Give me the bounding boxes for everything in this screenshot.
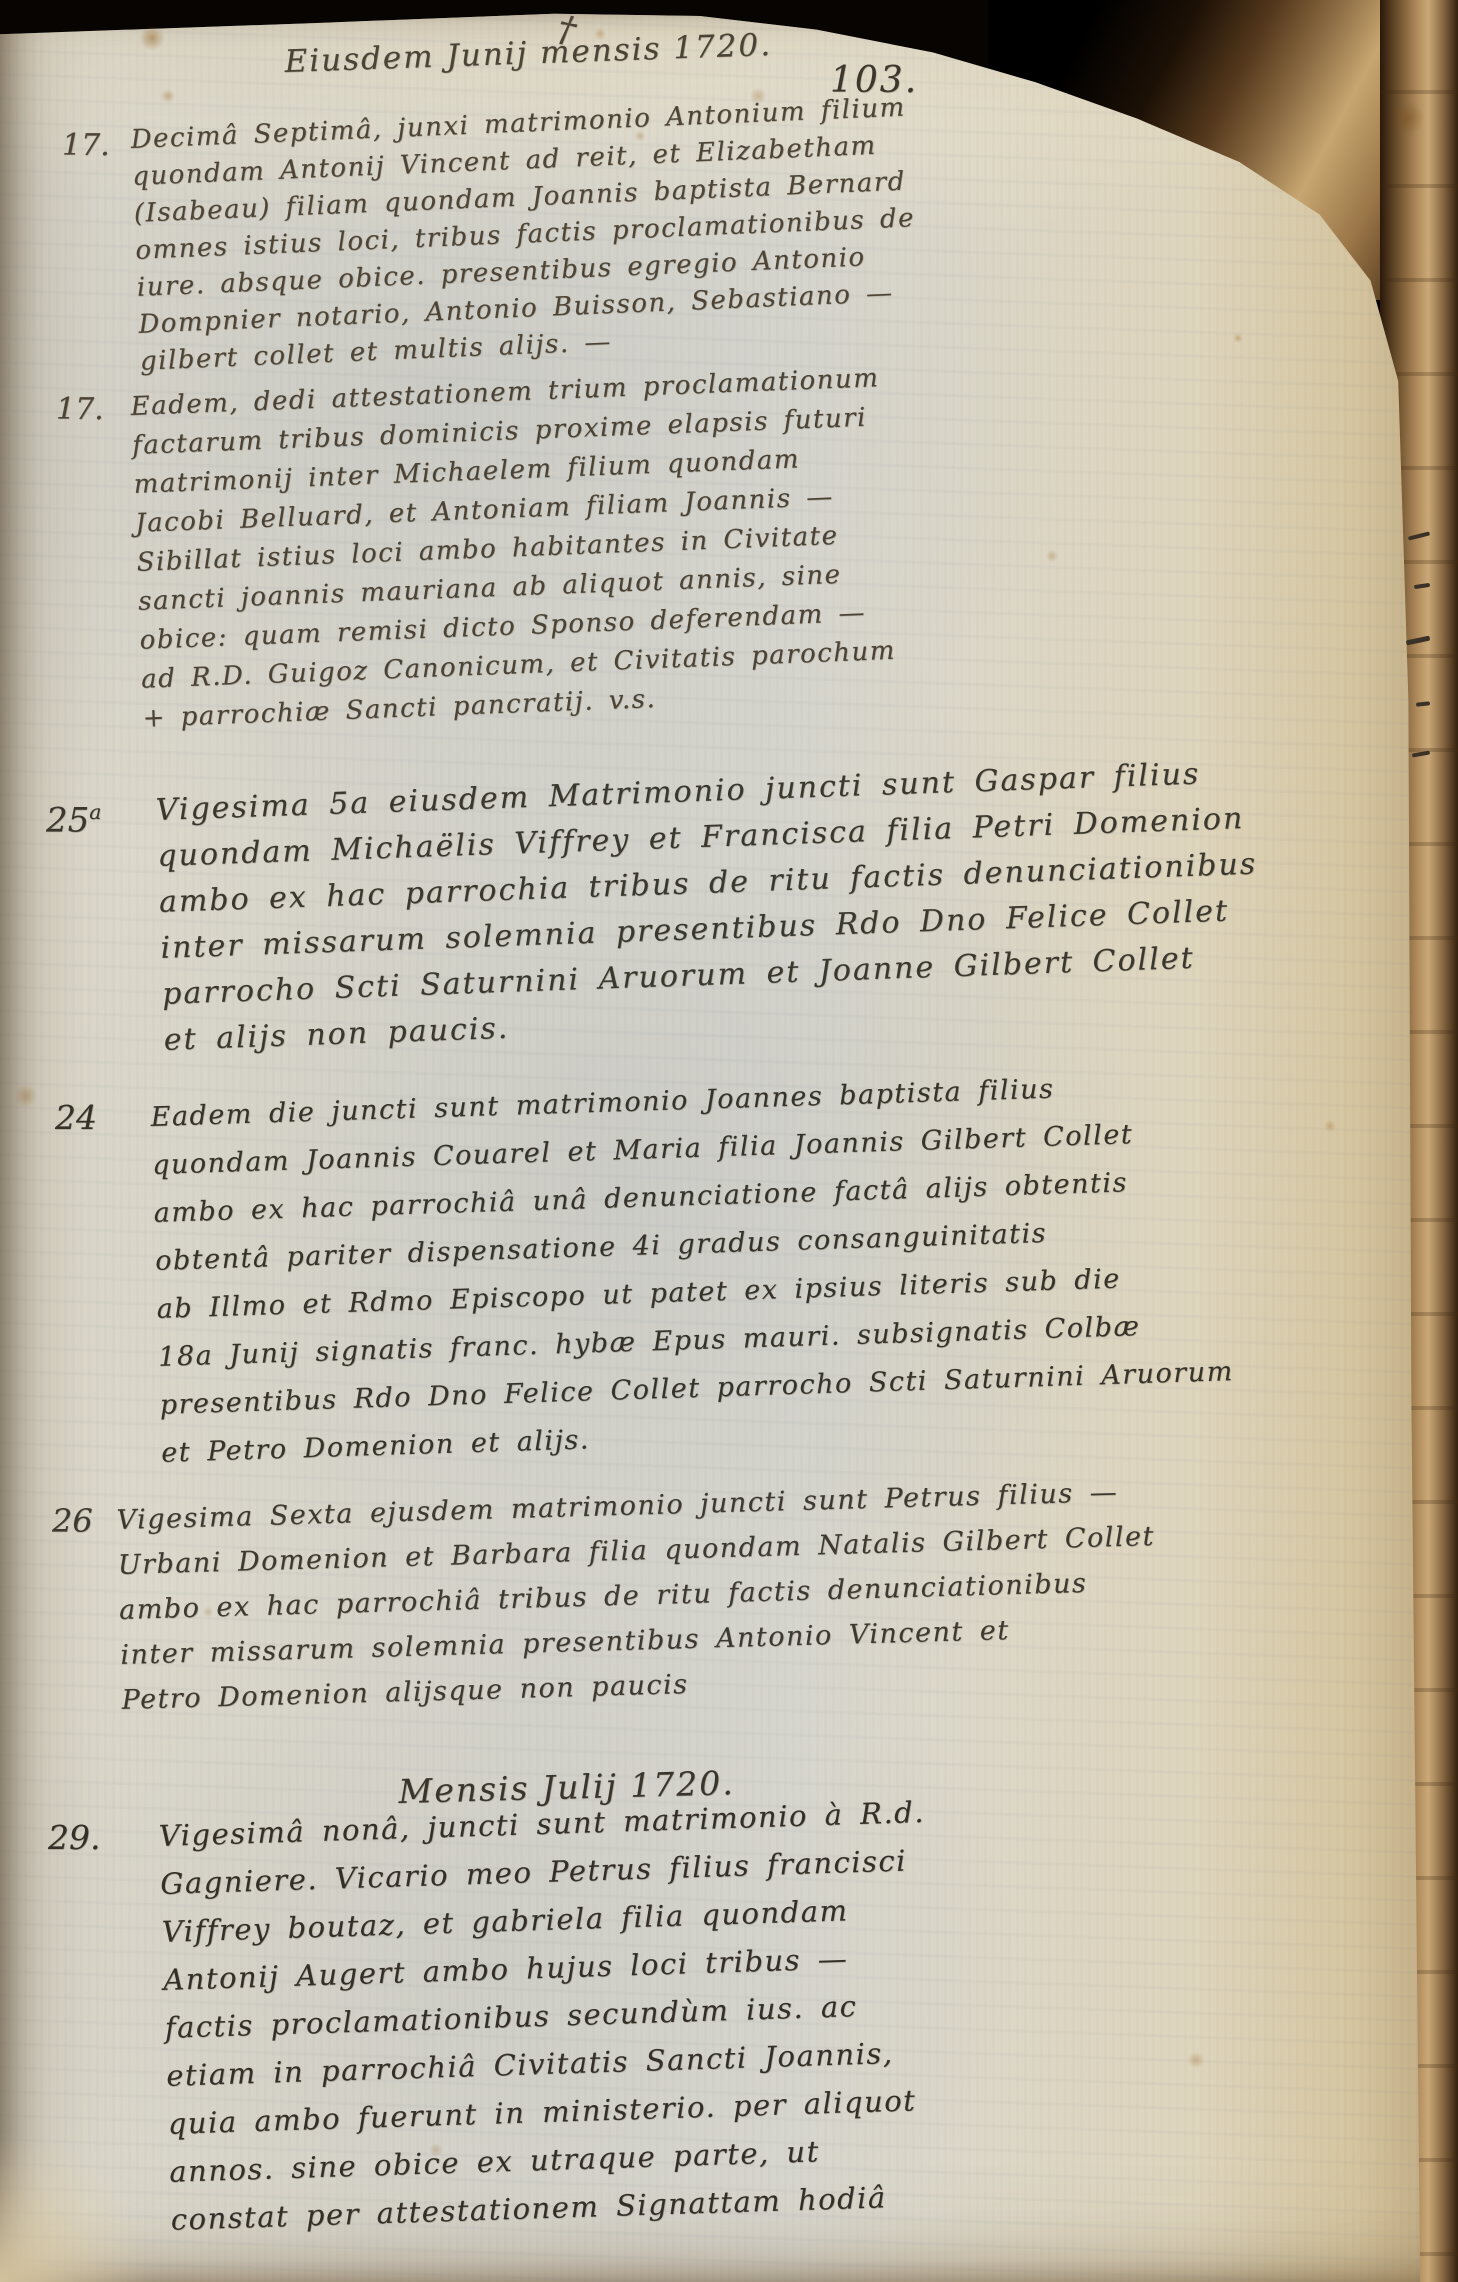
register-entry-text: Vigesimâ nonâ, juncti sunt matrimonio à …: [158, 1788, 938, 2244]
entry-number-text: 25: [46, 800, 89, 840]
entry-number-text: 17.: [56, 392, 104, 427]
entry-number-sup: a: [89, 800, 101, 824]
register-entry-text: Eadem, dedi attestationem trium proclama…: [130, 359, 898, 739]
entry-margin-number: 24: [55, 1098, 97, 1137]
register-entry-text: Eadem die juncti sunt matrimonio Joannes…: [150, 1060, 1236, 1478]
entry-margin-number: 29.: [48, 1818, 100, 1857]
entry-number-text: 17.: [62, 128, 110, 163]
entry-margin-number: 17.: [62, 128, 110, 163]
register-entry-text: Decimâ Septimâ, junxi matrimonio Antoniu…: [130, 89, 920, 380]
entry-margin-number: 17.: [56, 392, 104, 427]
edge-ink-marks: [1404, 520, 1444, 780]
register-entry-text: Vigesima 5a eiusdem Matrimonio juncti su…: [155, 750, 1263, 1064]
register-entry-text: Vigesima Sexta ejusdem matrimonio juncti…: [116, 1469, 1159, 1723]
manuscript-scan: Eiusdem Junij mensis 1720. † 103. 17. De…: [0, 0, 1458, 2282]
entry-number-text: 26: [52, 1502, 93, 1540]
entry-margin-number: 26: [52, 1502, 93, 1540]
entry-number-text: 24: [55, 1098, 97, 1137]
entry-margin-number: 25a: [46, 800, 101, 840]
entry-number-text: 29.: [48, 1818, 100, 1857]
